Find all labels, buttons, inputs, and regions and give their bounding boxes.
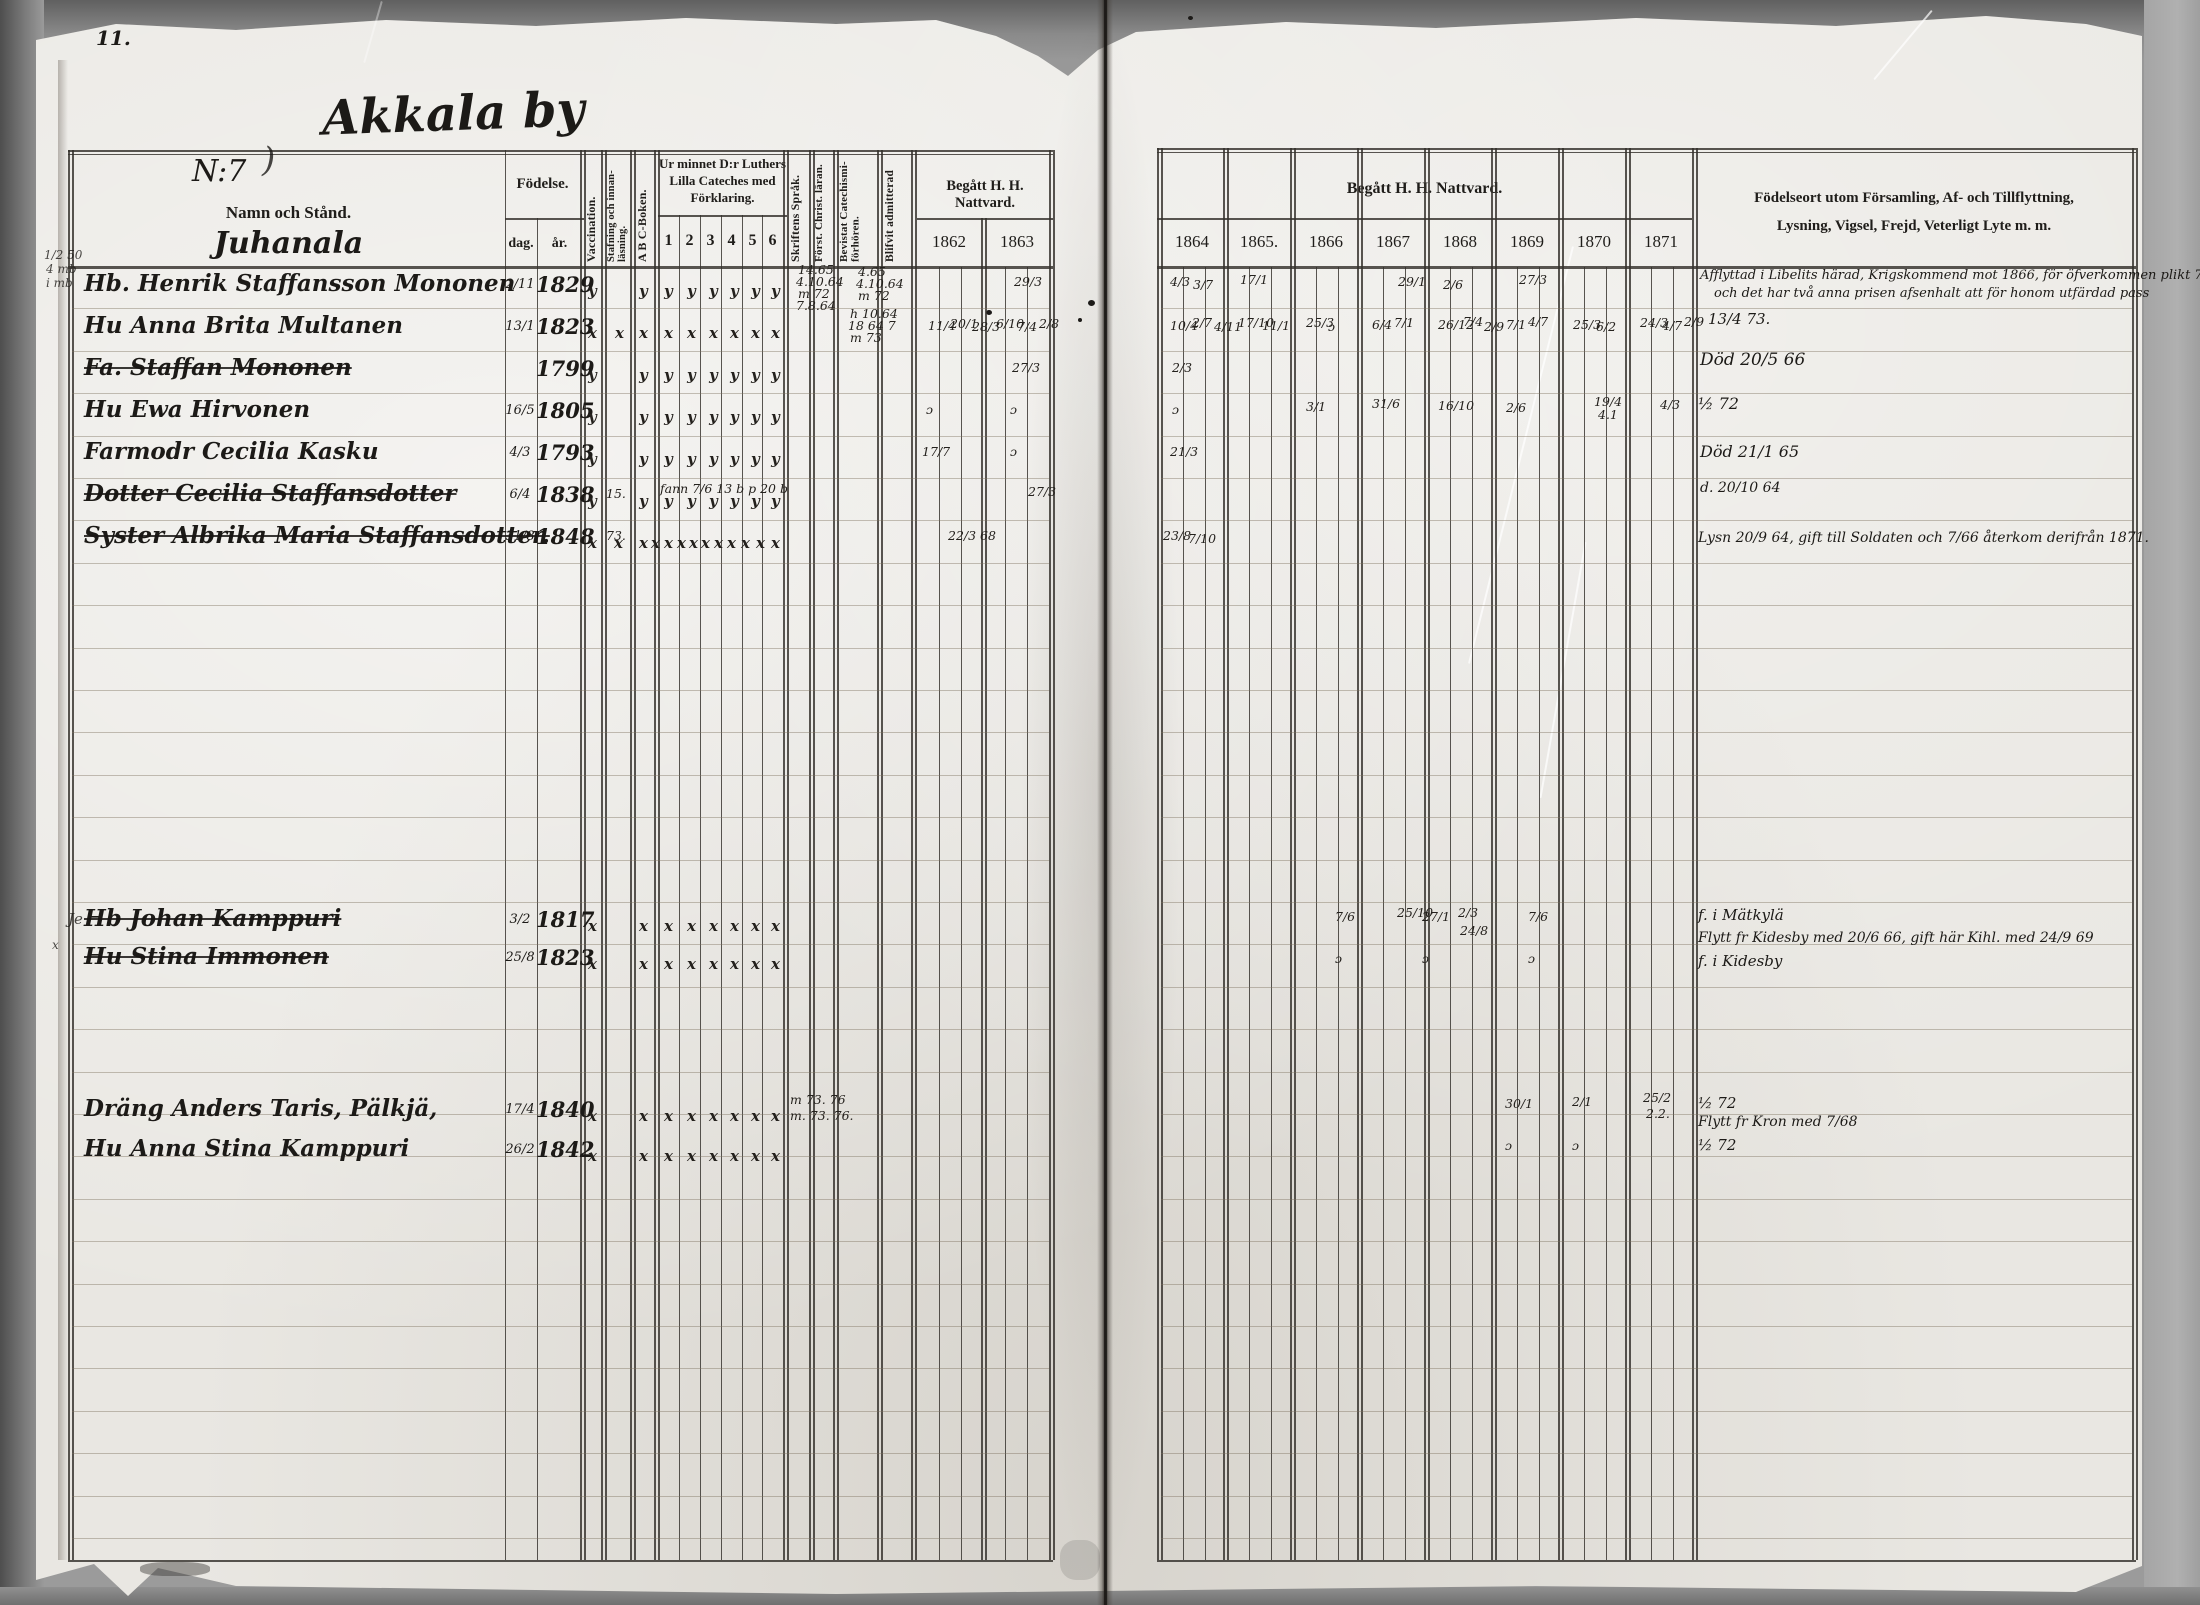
vaccination-header: Vaccination. <box>585 154 600 262</box>
grid-line <box>1027 267 1028 1560</box>
communion-mark: 23/8 <box>1163 528 1191 543</box>
ruled-line <box>72 987 1049 988</box>
check-mark: x <box>751 917 760 935</box>
ruled-line <box>72 393 1049 394</box>
check-mark: x <box>651 534 660 552</box>
ruled-line <box>1161 520 2132 521</box>
margin-scribble: Je <box>68 910 83 928</box>
note: 13/4 73. <box>1708 310 1770 328</box>
grid-line <box>1606 267 1607 1560</box>
ruled-line <box>72 1284 1049 1285</box>
communion-mark: 29/1 <box>1398 274 1426 289</box>
communion-mark: ɔ <box>926 402 933 417</box>
grid-line <box>68 150 70 1560</box>
check-mark: y <box>687 366 696 384</box>
communion-mark: ɔ <box>1010 402 1017 417</box>
register-document: 11. Akkala by N:7 Namn och Stånd. Juhana… <box>0 0 2200 1605</box>
nattvard-header-left: Begått H. H. Nattvard. <box>917 178 1053 212</box>
communion-mark: 7/10 <box>1188 531 1216 546</box>
birth-year: 1842 <box>536 1137 582 1162</box>
ruled-line <box>1161 1453 2132 1454</box>
check-mark: x <box>730 1107 739 1125</box>
cateches-col-1: 1 <box>660 232 677 250</box>
check-mark: y <box>730 408 739 426</box>
grid-line <box>1205 267 1206 1560</box>
row-name: Hb Johan Kamppuri <box>84 905 341 932</box>
grid-line <box>1049 150 1051 1560</box>
ruled-line <box>72 860 1049 861</box>
communion-mark: 21/3 <box>1170 444 1198 459</box>
communion-mark: fann 7/6 13 b p 20 b <box>660 481 788 496</box>
note: ½ 72 <box>1698 394 1739 413</box>
check-mark: x <box>741 534 750 552</box>
blifvit-header: Blifvit admitterad <box>884 154 908 262</box>
check-mark: y <box>588 282 597 300</box>
grid-line <box>72 150 74 1560</box>
grid-line <box>787 150 789 1560</box>
page-title: Akkala by <box>321 81 585 146</box>
grid-line <box>1692 148 1694 1560</box>
birth-day-header: dag. <box>505 236 537 252</box>
margin-scribble: i mb <box>46 276 73 290</box>
grid-line <box>1625 148 1627 1560</box>
check-mark: x <box>701 534 710 552</box>
grid-line <box>505 218 584 220</box>
check-mark: y <box>730 366 739 384</box>
communion-mark: ɔ <box>1328 319 1335 334</box>
check-mark: x <box>751 1147 760 1165</box>
check-mark: x <box>709 955 718 973</box>
ruled-line <box>72 308 1049 309</box>
ruled-line <box>72 436 1049 437</box>
birth-day: 6/4 <box>503 487 537 502</box>
ruled-line <box>1161 308 2132 309</box>
grid-line <box>742 215 743 1560</box>
communion-mark: 29/3 <box>1014 274 1042 289</box>
grid-line <box>877 150 879 1560</box>
ruled-line <box>1161 1326 2132 1327</box>
communion-mark: 27/3 <box>1012 360 1040 375</box>
communion-mark: 31/6 <box>1372 396 1400 411</box>
ruled-line <box>1161 1496 2132 1497</box>
check-mark: x <box>771 1107 780 1125</box>
check-mark: x <box>730 917 739 935</box>
ruled-line <box>72 1072 1049 1073</box>
check-mark: y <box>771 282 780 300</box>
check-mark: x <box>751 1107 760 1125</box>
grid-line <box>813 150 815 1560</box>
forst-christ-header: Först. Christ. läran. <box>814 154 830 262</box>
check-mark: y <box>751 450 760 468</box>
communion-mark: 2/3 <box>1458 905 1478 920</box>
birth-year: 1823 <box>536 945 582 970</box>
note: Död 21/1 65 <box>1700 442 1799 461</box>
communion-mark: ɔ <box>1505 1138 1512 1153</box>
birth-year: 1848 <box>536 524 582 549</box>
grid-line <box>1584 267 1585 1560</box>
margin-scribble: x <box>52 938 59 952</box>
communion-mark: 4/3 <box>1170 274 1190 289</box>
check-mark: y <box>709 408 718 426</box>
communion-mark: 2/8 <box>1039 316 1059 331</box>
check-mark: x <box>664 1147 673 1165</box>
note: ½ 72 <box>1698 1136 1736 1154</box>
grid-line <box>911 150 913 1560</box>
communion-mark: ɔ <box>1335 951 1342 966</box>
communion-mark: ɔ <box>1572 1138 1579 1153</box>
grid-line <box>1157 1560 2136 1562</box>
communion-mark: 2/7 <box>1192 315 1212 330</box>
note: f. i Mätkylä <box>1698 906 1784 924</box>
notes-column-header-line1: Födelseort utom Församling, Af- och Till… <box>1696 190 2132 207</box>
cateches-col-3: 3 <box>702 232 719 250</box>
communion-mark: 7/1 <box>1394 315 1414 330</box>
ruled-line <box>72 1411 1049 1412</box>
check-mark: x <box>727 534 736 552</box>
birth-day: 17/4 <box>503 1102 537 1117</box>
check-mark: x <box>664 1107 673 1125</box>
grid-line <box>634 150 636 1560</box>
check-mark: x <box>689 534 698 552</box>
grid-line <box>601 150 603 1560</box>
check-mark: x <box>639 955 648 973</box>
check-mark: x <box>751 955 760 973</box>
ruled-line <box>72 1029 1049 1030</box>
grid-line <box>939 267 940 1560</box>
check-mark: x <box>639 917 648 935</box>
check-mark: x <box>771 955 780 973</box>
year-1868: 1868 <box>1429 232 1491 252</box>
birth-day: 25/8 <box>503 950 537 965</box>
birth-day: 16/5 <box>503 403 537 418</box>
page-number: 11. <box>96 26 131 50</box>
communion-mark: 7/6 <box>1528 909 1548 924</box>
communion-mark: ɔ <box>1172 402 1179 417</box>
row-name: Dotter Cecilia Staffansdotter <box>84 480 457 507</box>
grid-line <box>1629 148 1631 1560</box>
ruled-line <box>1161 351 2132 352</box>
check-mark: x <box>756 534 765 552</box>
grid-line <box>1495 148 1497 1560</box>
note: f. i Kidesby <box>1698 952 1782 970</box>
year-1865: 1865. <box>1228 232 1290 252</box>
note: Död 20/5 66 <box>1700 350 1805 370</box>
ruled-line <box>1161 1241 2132 1242</box>
ruled-line <box>72 648 1049 649</box>
grid-line <box>605 150 607 1560</box>
year-1869: 1869 <box>1496 232 1558 252</box>
year-1866: 1866 <box>1295 232 1357 252</box>
communion-mark: 2/9 <box>1484 319 1504 334</box>
communion-mark: 22/3 68 <box>948 528 996 543</box>
check-mark: x <box>588 917 597 935</box>
check-mark: x <box>709 917 718 935</box>
check-mark: y <box>588 492 597 510</box>
communion-mark: 27/3 <box>1519 272 1547 287</box>
communion-mark: ɔ <box>1010 444 1017 459</box>
row-name: Hb. Henrik Staffansson Mononen <box>84 270 515 297</box>
ruled-line <box>1161 393 2132 394</box>
check-mark: x <box>639 534 648 552</box>
check-mark: y <box>588 408 597 426</box>
year-1867: 1867 <box>1362 232 1424 252</box>
birth-year: 1840 <box>536 1097 582 1122</box>
communion-mark: 73. <box>606 528 626 543</box>
communion-mark: 4/7 <box>1528 314 1548 329</box>
ruled-line <box>72 478 1049 479</box>
communion-mark: 2/6 <box>1443 277 1463 292</box>
ruled-line <box>1161 563 2132 564</box>
year-1863: 1863 <box>985 232 1049 252</box>
check-mark: x <box>588 1107 597 1125</box>
note: Afflyttad i Libelits härad, Krigskommend… <box>1700 268 2200 283</box>
ruled-line <box>72 351 1049 352</box>
communion-mark: 17/7 <box>922 444 950 459</box>
grid-line <box>1428 148 1430 1560</box>
ruled-line <box>1161 1029 2132 1030</box>
communion-mark: 16/10 <box>1438 398 1474 413</box>
communion-mark: 2/3 <box>1172 360 1192 375</box>
ruled-line <box>72 902 1049 903</box>
check-mark: x <box>714 534 723 552</box>
communion-mark: 2/6 <box>1506 400 1526 415</box>
check-mark: x <box>664 917 673 935</box>
grid-line <box>837 150 839 1560</box>
check-mark: y <box>639 282 648 300</box>
grid-line <box>1157 152 2136 153</box>
grid-line <box>2136 148 2138 1560</box>
farm-name: Juhanala <box>72 226 505 261</box>
birth-year-header: år. <box>539 236 580 252</box>
row-name: Hu Anna Stina Kamppuri <box>84 1135 409 1162</box>
ruled-line <box>1161 902 2132 903</box>
check-mark: x <box>639 1107 648 1125</box>
communion-mark: ɔ <box>1528 951 1535 966</box>
check-mark: y <box>639 408 648 426</box>
check-mark: y <box>687 450 696 468</box>
grid-line <box>721 215 722 1560</box>
grid-line <box>1294 148 1296 1560</box>
ruled-line <box>72 1326 1049 1327</box>
birth-year: 1817 <box>536 907 582 932</box>
communion-mark: 4/3 <box>1660 397 1680 412</box>
check-mark: y <box>771 450 780 468</box>
cateches-col-2: 2 <box>681 232 698 250</box>
abc-header: A B C-Boken. <box>636 154 652 262</box>
grid-line <box>700 215 701 1560</box>
check-mark: y <box>588 450 597 468</box>
grid-line <box>505 150 506 1560</box>
check-mark: y <box>639 450 648 468</box>
ruled-line <box>72 690 1049 691</box>
check-mark: y <box>664 366 673 384</box>
skriftens-header: Skriftens Språk. <box>789 154 805 262</box>
ruled-line <box>72 1453 1049 1454</box>
grid-line <box>1005 267 1006 1560</box>
ruled-line <box>1161 478 2132 479</box>
grid-line <box>1157 148 1159 1560</box>
grid-line <box>1223 148 1225 1560</box>
grid-line <box>654 150 656 1560</box>
communion-mark: 3/1 <box>1306 399 1326 414</box>
check-mark: y <box>639 366 648 384</box>
grid-line <box>68 1560 1053 1562</box>
year-1862: 1862 <box>917 232 981 252</box>
grid-line <box>1357 148 1359 1560</box>
margin-scribble: ) <box>262 140 275 180</box>
check-mark: y <box>709 282 718 300</box>
check-mark: y <box>664 450 673 468</box>
check-mark: x <box>588 1147 597 1165</box>
ruled-line <box>72 732 1049 733</box>
ruled-line <box>1161 732 2132 733</box>
check-mark: x <box>664 534 673 552</box>
check-mark: y <box>751 366 760 384</box>
grid-line <box>1651 267 1652 1560</box>
ruled-line <box>72 1368 1049 1369</box>
birth-year: 1799 <box>536 356 582 381</box>
communion-mark: 2/1 <box>1572 1094 1592 1109</box>
communion-mark: 7/4 <box>1463 314 1483 329</box>
grid-line <box>1053 150 1055 1560</box>
birth-year: 1829 <box>536 272 582 297</box>
birth-column-header: Födelse. <box>505 176 580 193</box>
ruled-line <box>72 605 1049 606</box>
row-name: Hu Anna Brita Multanen <box>84 312 403 339</box>
grid-line <box>1161 148 1163 1560</box>
communion-mark: m. 73. 76. <box>790 1108 854 1123</box>
birth-year: 1838 <box>536 482 582 507</box>
grid-line <box>1157 148 2136 150</box>
grid-line <box>915 150 917 1560</box>
note: och det har två anna prisen afsenhalt at… <box>1714 286 2149 301</box>
ruled-line <box>1161 1411 2132 1412</box>
row-name: Fa. Staffan Mononen <box>84 354 352 381</box>
cateches-col-4: 4 <box>723 232 740 250</box>
check-mark: x <box>730 1147 739 1165</box>
grid-line <box>1696 148 1698 1560</box>
check-mark: y <box>730 450 739 468</box>
check-mark: y <box>751 408 760 426</box>
ruled-line <box>1161 775 2132 776</box>
ruled-line <box>1161 987 2132 988</box>
stafning-header: Stafning och innan-läsning. <box>606 154 632 262</box>
grid-line <box>881 150 883 1560</box>
communion-mark: 17/1 <box>1240 272 1268 287</box>
communion-mark: 24/8 <box>1460 923 1488 938</box>
grid-line <box>1517 267 1518 1560</box>
grid-line <box>1450 267 1451 1560</box>
check-mark: y <box>664 282 673 300</box>
check-mark: y <box>751 282 760 300</box>
communion-mark: 4.1 <box>1598 407 1618 422</box>
birth-day: 31/8 <box>503 529 537 544</box>
grid-line <box>68 154 1053 155</box>
communion-mark: 27/3 <box>1028 484 1056 499</box>
check-mark: x <box>588 324 597 342</box>
communion-mark: 6/4 <box>1372 317 1392 332</box>
ruled-line <box>1161 1199 2132 1200</box>
grid-line <box>68 266 1053 269</box>
check-mark: x <box>615 324 624 342</box>
grid-line <box>1271 267 1272 1560</box>
check-mark: y <box>771 408 780 426</box>
birth-day: 26/2 <box>503 1142 537 1157</box>
birth-day: 4/3 <box>503 445 537 460</box>
check-mark: y <box>709 366 718 384</box>
communion-mark: 7/1 <box>1506 317 1526 332</box>
check-mark: x <box>709 1107 718 1125</box>
ruled-line <box>1161 1538 2132 1539</box>
communion-mark: 3/7 <box>1193 277 1213 292</box>
communion-mark: m 73. 76 <box>790 1092 846 1107</box>
grid-line <box>1316 267 1317 1560</box>
check-mark: y <box>664 408 673 426</box>
ruled-line <box>1161 1156 2132 1157</box>
check-mark: y <box>687 408 696 426</box>
notes-column-header-line2: Lysning, Vigsel, Frejd, Veterligt Lyte m… <box>1696 218 2132 235</box>
check-mark: x <box>771 534 780 552</box>
check-mark: y <box>709 450 718 468</box>
note: Flytt fr Kidesby med 20/6 66, gift här K… <box>1698 930 2094 946</box>
ruled-line <box>1161 860 2132 861</box>
ruled-line <box>72 563 1049 564</box>
communion-mark: 6/2 <box>1596 319 1616 334</box>
check-mark: x <box>639 1147 648 1165</box>
communion-mark: 27/1 <box>1422 909 1450 924</box>
check-mark: y <box>687 282 696 300</box>
check-mark: x <box>588 534 597 552</box>
check-mark: x <box>687 917 696 935</box>
check-mark: x <box>687 1107 696 1125</box>
check-mark: y <box>771 366 780 384</box>
group-number: N:7 <box>192 154 246 189</box>
ruled-line <box>72 1496 1049 1497</box>
ruled-line <box>1161 690 2132 691</box>
row-name: Syster Albrika Maria Staffansdotter. <box>84 522 550 549</box>
cateches-header: Ur minnet D:r Luthers Lilla Cateches med… <box>658 156 787 207</box>
grid-line <box>1558 148 1560 1560</box>
grid-line <box>783 150 785 1560</box>
grid-line <box>1673 267 1674 1560</box>
communion-mark: 2/9 <box>1684 314 1704 329</box>
grid-line <box>1290 148 1292 1560</box>
birth-day: 13/1 <box>503 319 537 334</box>
grid-line <box>1562 148 1564 1560</box>
communion-mark: ɔ <box>1422 951 1429 966</box>
year-1864: 1864 <box>1161 232 1223 252</box>
ruled-line <box>1161 817 2132 818</box>
grid-line <box>1424 148 1426 1560</box>
row-name: Hu Stina Immonen <box>84 943 329 970</box>
ruled-line <box>1161 648 2132 649</box>
birth-year: 1823 <box>536 314 582 339</box>
note: Lysn 20/9 64, gift till Soldaten och 7/6… <box>1698 530 2149 546</box>
ruled-line <box>72 1199 1049 1200</box>
birth-year: 1805 <box>536 398 582 423</box>
ruled-line <box>72 817 1049 818</box>
grid-line <box>985 218 987 1560</box>
communion-mark: 7/6 <box>1335 909 1355 924</box>
check-mark: x <box>730 324 739 342</box>
grid-line <box>630 150 632 1560</box>
row-name: Farmodr Cecilia Kasku <box>84 438 379 465</box>
grid-line <box>1383 267 1384 1560</box>
grid-line <box>1361 148 1363 1560</box>
communion-mark: 2.2. <box>1646 1106 1670 1121</box>
ruled-line <box>1161 605 2132 606</box>
check-mark: y <box>639 492 648 510</box>
